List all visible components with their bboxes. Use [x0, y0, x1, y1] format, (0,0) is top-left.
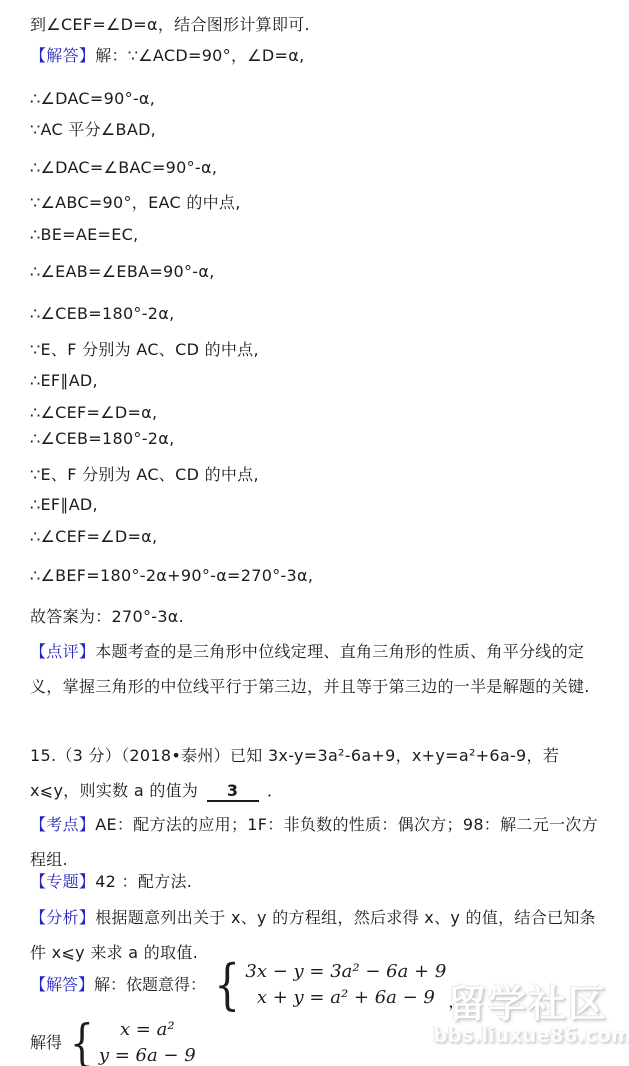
answer-section-label: 【解答】: [30, 46, 95, 65]
zhuanti-text: 42 ：配方法.: [95, 872, 192, 891]
answer-blank: 3: [207, 781, 259, 802]
equation-line: x + y = a² + 6a − 9: [257, 985, 435, 1011]
proof-step: ∴∠DAC=∠BAC=90°-α,: [30, 157, 601, 179]
solve-prefix: 解得: [30, 1032, 62, 1054]
comment-section-label: 【点评】: [30, 642, 95, 661]
proof-step: ∴EF∥AD,: [30, 494, 601, 516]
equation-system-2: x = a² y = 6a − 9: [99, 1017, 196, 1066]
kaodian-text: AE：配方法的应用；1F：非负数的性质：偶次方；98：解二元一次方程组.: [30, 815, 598, 869]
solution14-comment: 【点评】本题考查的是三角形中位线定理、直角三角形的性质、角平分线的定义，掌握三角…: [30, 634, 601, 704]
equation-line: 3x − y = 3a² − 6a + 9: [245, 959, 446, 985]
jieda-prefix: 解：依题意得：: [94, 975, 206, 994]
solution14-answer-line: 【解答】解：∵∠ACD=90°，∠D=α,: [30, 45, 601, 67]
proof-step: ∴∠CEF=∠D=α,: [30, 526, 601, 548]
proof-step: ∴EF∥AD,: [30, 370, 601, 392]
proof-step: ∴∠CEF=∠D=α,: [30, 402, 601, 424]
proof-step: ∵E、F 分别为 AC、CD 的中点,: [30, 339, 601, 361]
fenxi-section-label: 【分析】: [30, 908, 95, 927]
problem15-stem: 15.（3 分）（2018•泰州）已知 3x-y=3a²-6a+9，x+y=a²…: [30, 738, 601, 808]
equation-system-1: 3x − y = 3a² − 6a + 9 x + y = a² + 6a − …: [245, 959, 446, 1011]
system1-trailing-comma: ，: [448, 992, 464, 1012]
proof-step: ∴∠BEF=180°-2α+90°-α=270°-3α,: [30, 565, 601, 587]
fenxi-text: 根据题意列出关于 x、y 的方程组，然后求得 x、y 的值，结合已知条件 x⩽y…: [30, 908, 596, 962]
solution14-conclusion: 故答案为：270°-3α.: [30, 606, 601, 628]
jieda-row-label: 【解答】解：依题意得：: [30, 974, 206, 996]
document-page: 到∠CEF=∠D=α，结合图形计算即可. 【解答】解：∵∠ACD=90°，∠D=…: [0, 0, 629, 1066]
problem15-kaodian: 【考点】AE：配方法的应用；1F：非负数的性质：偶次方；98：解二元一次方程组.: [30, 807, 601, 877]
stem-prefix: 15.（3 分）（2018•泰州）已知 3x-y=3a²-6a+9，x+y=a²…: [30, 746, 559, 800]
proof-step: ∴∠CEB=180°-2α,: [30, 303, 601, 325]
jieda-section-label: 【解答】: [30, 975, 94, 994]
problem15-jieda: 【解答】解：依题意得： { 3x − y = 3a² − 6a + 9 x + …: [30, 958, 464, 1012]
proof-step: ∵AC 平分∠BAD,: [30, 119, 601, 141]
left-brace: {: [214, 958, 240, 1012]
proof-step: ∵∠ABC=90°，EAC 的中点,: [30, 192, 601, 214]
answer-first-line: 解：∵∠ACD=90°，∠D=α,: [95, 46, 304, 65]
zhuanti-section-label: 【专题】: [30, 872, 95, 891]
kaodian-section-label: 【考点】: [30, 815, 95, 834]
proof-step: ∵E、F 分别为 AC、CD 的中点,: [30, 464, 601, 486]
solution14-intro: 到∠CEF=∠D=α，结合图形计算即可.: [30, 14, 601, 36]
proof-step: ∴∠EAB=∠EBA=90°-α,: [30, 261, 601, 283]
equation-line: x = a²: [120, 1017, 175, 1043]
watermark-url: bbs.liuxue86.com: [433, 1024, 623, 1046]
proof-step: ∴∠DAC=90°-α,: [30, 88, 601, 110]
equation-line: y = 6a − 9: [99, 1043, 196, 1066]
stem-suffix: ．: [267, 781, 283, 800]
comment-text: 本题考查的是三角形中位线定理、直角三角形的性质、角平分线的定义，掌握三角形的中位…: [30, 642, 590, 696]
problem15-zhuanti: 【专题】42 ：配方法.: [30, 871, 601, 893]
proof-step: ∴∠CEB=180°-2α,: [30, 428, 601, 450]
problem15-solve: 解得 { x = a² y = 6a − 9: [30, 1016, 196, 1066]
left-brace: {: [70, 1016, 94, 1066]
proof-step: ∴BE=AE=EC,: [30, 224, 601, 246]
